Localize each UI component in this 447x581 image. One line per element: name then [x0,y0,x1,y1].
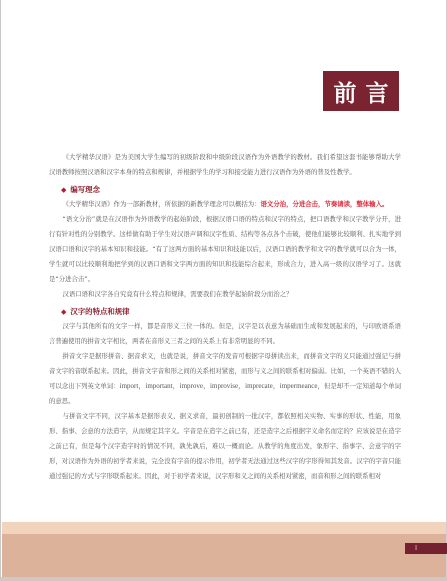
question-paragraph: 汉语口语和汉字各自究竟有什么特点和规律，需要我们在教学起始阶段分而治之？ [49,287,401,302]
section-heading-hanzi-features: ◆汉字的特点和规律 [49,305,401,319]
diamond-bullet-icon: ◆ [61,186,66,194]
page-number-tab: I [405,543,447,554]
intro-paragraph: 《大学精华汉语》是为美国大学生编写的初级阶段和中级阶段汉语作为外语教学的教材。我… [49,150,401,180]
footer-band-dark [2,534,446,577]
paragraph-text: 《大学精华汉语》作为一部新教材，所依据的新教学理念可以概括为： [62,200,260,208]
hanzi-paragraph-2: 拼音文字是据形拼音、据音求义，也就是说，拼音文字的发音可根据字母拼读出来，而拼音… [49,349,401,409]
diamond-bullet-icon: ◆ [61,308,66,316]
chapter-title-banner: 前言 [323,71,399,111]
chapter-title: 前言 [325,75,398,108]
section-heading-writing-concept: ◆编写理念 [49,183,401,197]
footer-band-light [2,522,446,534]
concept-paragraph: 《大学精华汉语》作为一部新教材，所依据的新教学理念可以概括为：语文分治，分进合击… [49,197,401,212]
highlighted-principle: 语文分治，分进合击，节奏请读，整体输入。 [261,200,389,208]
section-heading-text: 汉字的特点和规律 [70,307,129,316]
section-heading-text: 编写理念 [70,185,100,194]
hanzi-paragraph-1: 汉字与其他所有的文字一样，都是音形义三位一体的。但是，汉字是以表意为基础而生成和… [49,319,401,349]
division-paragraph: “语文分治”就是在汉语作为外语教学的起始阶段，根据汉语口语的特点和汉字的特点，把… [49,212,401,287]
document-page: 前言 《大学精华汉语》是为美国大学生编写的初级阶段和中级阶段汉语作为外语教学的教… [0,0,447,581]
page-bottom-edge [1,577,447,581]
english-word-examples: import，important，improve，improvise，impre… [120,382,318,390]
hanzi-paragraph-3: 与拼音文字不同，汉字基本是据形表义、据义求音，最初创制的一批汉字，都依照相关实物… [49,409,401,484]
page-number: I [415,543,417,554]
page-body: 《大学精华汉语》是为美国大学生编写的初级阶段和中级阶段汉语作为外语教学的教材。我… [49,150,401,484]
